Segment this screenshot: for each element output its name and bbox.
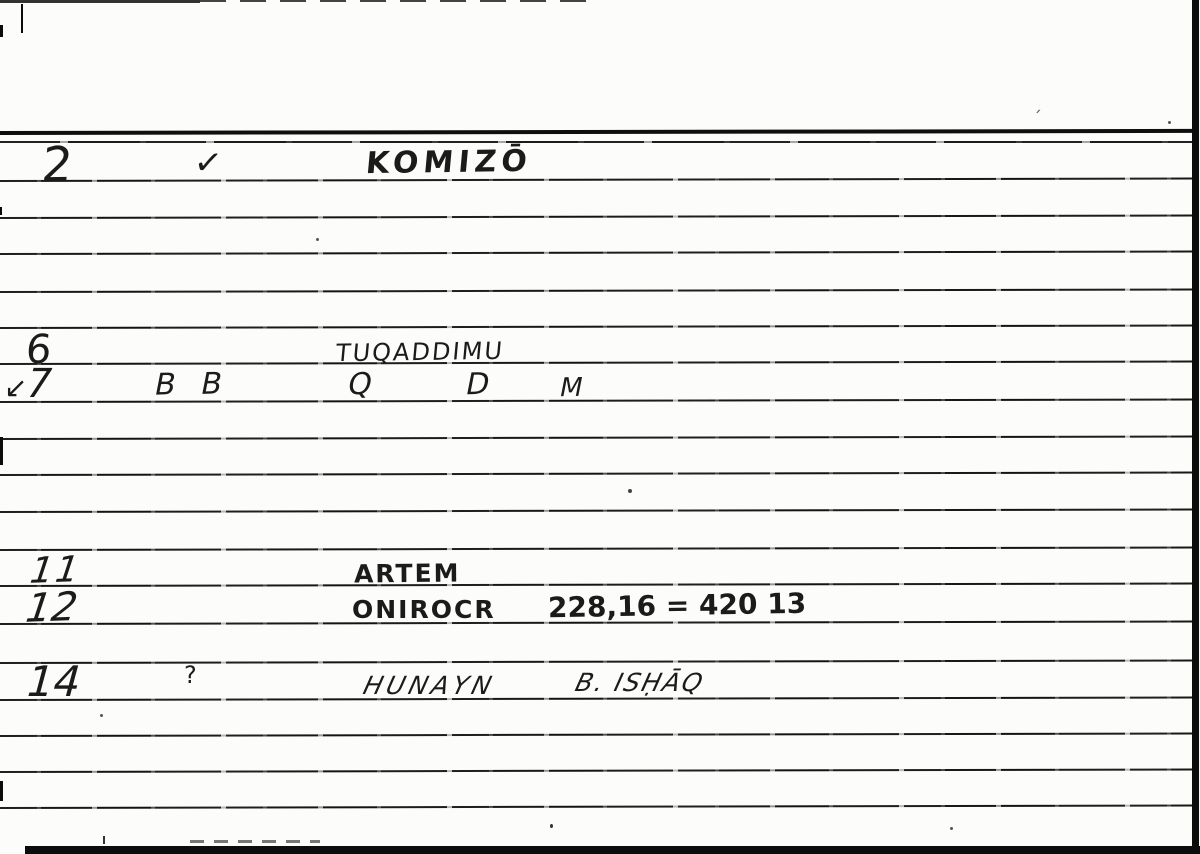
- scan-edge-top-dashes: [200, 0, 590, 2]
- entry-line-number: 2: [40, 141, 75, 189]
- scan-edge-bottom-bar: [25, 846, 1200, 854]
- entry-text: ONIROCR: [352, 597, 496, 622]
- entry-text: TUQADDIMU: [335, 339, 505, 365]
- entry-column-q: Q: [345, 370, 375, 400]
- scan-speck: [550, 824, 553, 828]
- scan-smudge-bottom: [190, 840, 320, 843]
- entry-reference: 228,16 = 420 13: [548, 590, 807, 623]
- ruled-line: [0, 436, 1193, 440]
- ruled-line: [0, 289, 1193, 293]
- check-mark-icon: ✓: [192, 145, 224, 182]
- scan-speck: [950, 827, 953, 830]
- ruled-line: [0, 547, 1193, 551]
- scanned-ledger-page: 2 ✓ KOMIZŌ 6 TUQADDIMU ↙ 7 B B Q D M 11 …: [0, 0, 1200, 854]
- ruled-line-top-thin: [0, 141, 1193, 143]
- entry-column-bb: B B: [152, 369, 233, 400]
- entry-line-number: 14: [21, 661, 86, 703]
- scan-mark-top-left-tick: [21, 4, 23, 33]
- ruled-line: [0, 215, 1193, 219]
- ruled-line: [0, 361, 1193, 365]
- scan-edge-right-bar: [1192, 0, 1199, 854]
- ruled-line-top-thick: [0, 129, 1193, 135]
- question-mark: ?: [184, 663, 197, 687]
- entry-column-m: M: [557, 375, 585, 401]
- scan-edge-top-line: [0, 0, 200, 3]
- scan-speck: [316, 238, 319, 241]
- scan-speck: [1168, 121, 1171, 124]
- ruled-line: [0, 733, 1193, 737]
- entry-text-2: B. ISḤĀQ: [573, 670, 707, 695]
- ruled-line: [0, 325, 1193, 329]
- scan-mark-left-edge: [0, 437, 3, 465]
- ruled-line: [0, 509, 1193, 513]
- entry-text: ARTEM: [354, 561, 461, 587]
- entry-text: KOMIZŌ: [365, 147, 534, 179]
- ruled-line: [0, 805, 1193, 809]
- entry-column-d: D: [463, 370, 492, 400]
- ruled-line: [0, 251, 1193, 255]
- scan-speck: [103, 836, 105, 844]
- scan-speck-apostrophe: ´: [1033, 110, 1042, 128]
- scan-mark-left-edge: [0, 207, 2, 215]
- ruled-line: [0, 697, 1193, 701]
- ruled-line: [0, 660, 1193, 664]
- scan-speck: [100, 714, 103, 717]
- entry-text: HUNAYN: [361, 673, 498, 698]
- ruled-line: [0, 178, 1193, 182]
- ruled-line: [0, 769, 1193, 773]
- scan-mark-left-edge: [0, 781, 3, 801]
- ruled-line: [0, 583, 1193, 587]
- ruled-line: [0, 472, 1193, 476]
- scan-speck: [628, 489, 632, 493]
- scan-mark-left-edge: [0, 25, 3, 37]
